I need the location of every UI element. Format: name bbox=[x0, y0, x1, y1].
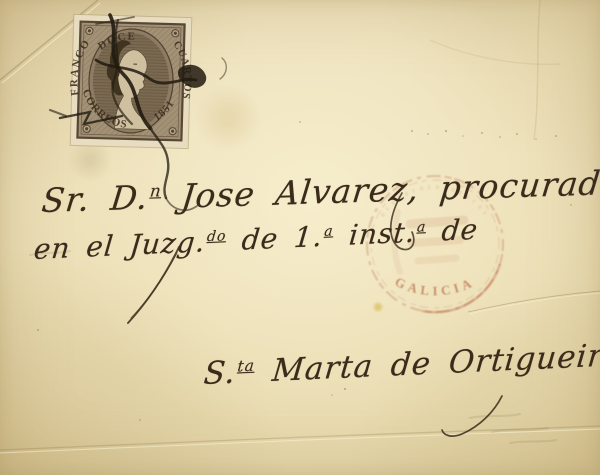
address-line-1-text: Sr. D. bbox=[40, 178, 151, 220]
address-line-2-text: de 1. bbox=[224, 220, 324, 258]
address-line-2-text: de bbox=[424, 213, 479, 249]
address-line-2-text: inst. bbox=[332, 216, 417, 253]
flourish-paraph bbox=[442, 396, 502, 436]
postal-cover-photo: GALICIA bbox=[0, 0, 600, 475]
address-line-2-superscript: do bbox=[206, 228, 227, 245]
address-line-3-text: S. bbox=[202, 354, 237, 392]
